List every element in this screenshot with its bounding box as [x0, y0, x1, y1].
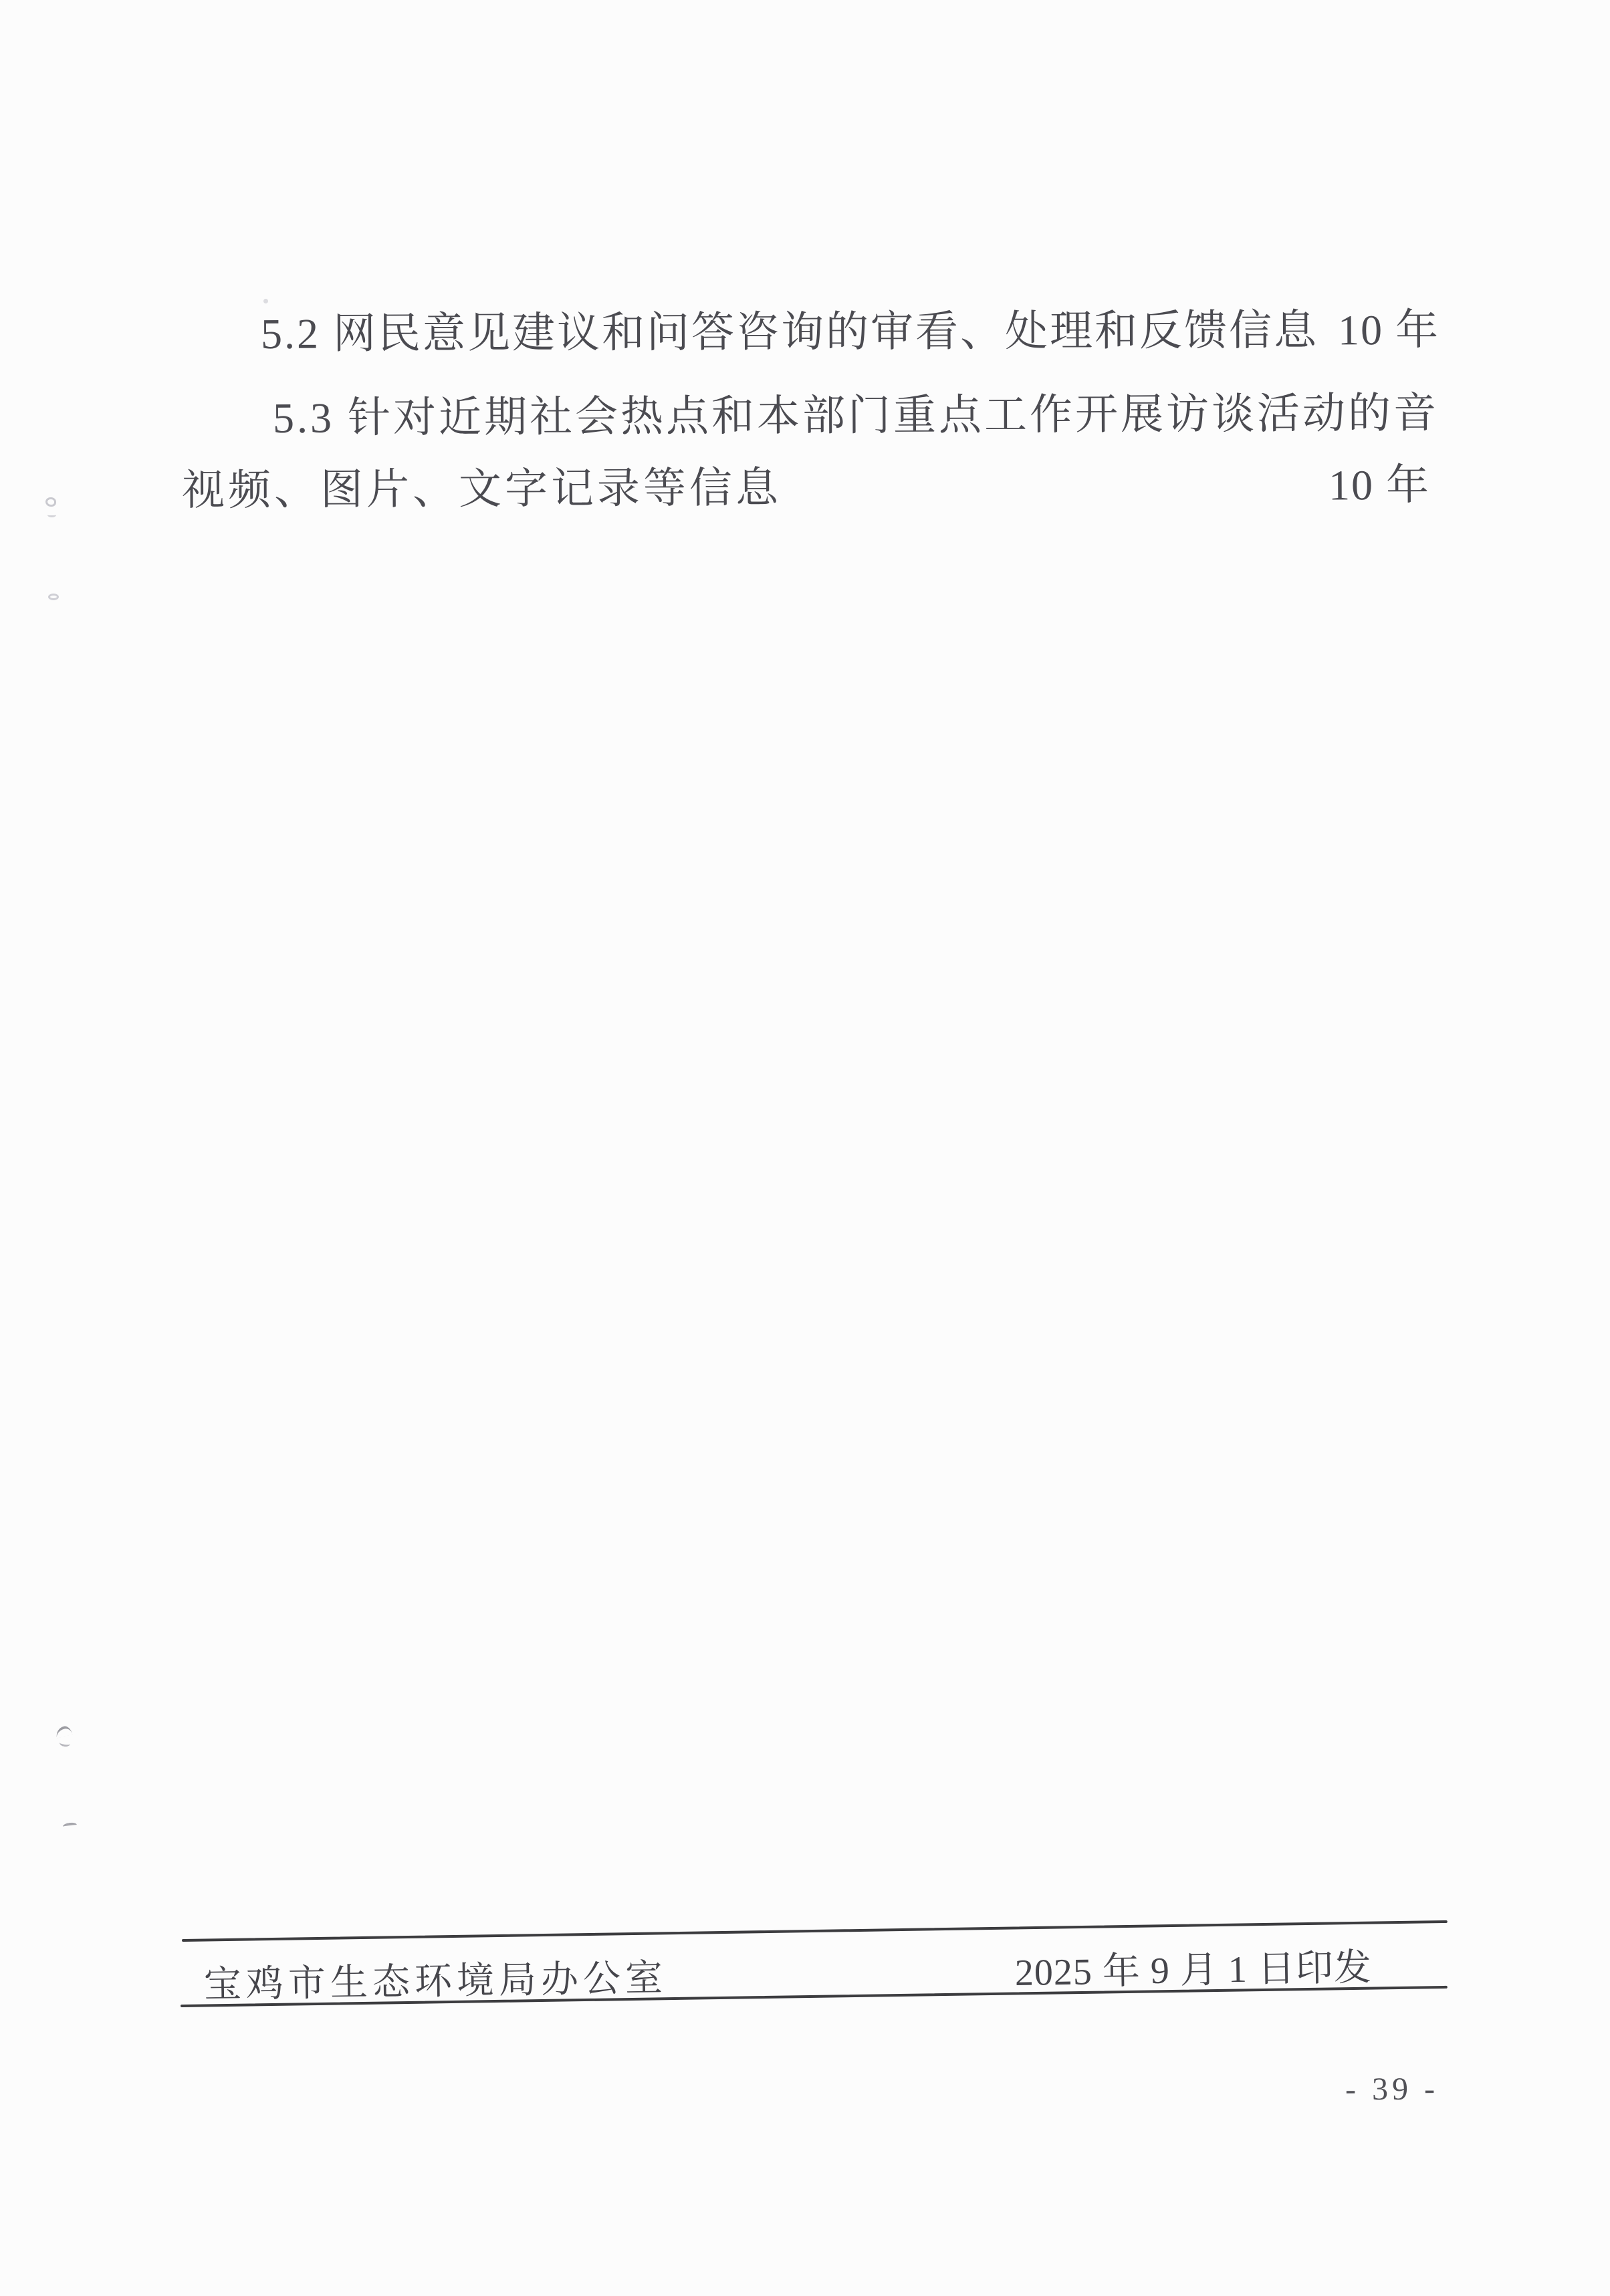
retention-entry-5-2: 5.2 网民意见建议和问答咨询的审看、处理和反馈信息 10 年 [261, 307, 1440, 356]
retention-entry-5-3-text-continued: 视频、图片、文字记录等信息 [182, 465, 782, 513]
scan-artifact-1-tail [47, 513, 56, 517]
scan-artifact-4 [63, 1822, 78, 1829]
scan-artifact-3 [55, 1725, 73, 1738]
scanned-document-page: { "page": { "background": "#fcfcfc", "bo… [0, 0, 1610, 2296]
page-number: - 39 - [1345, 2071, 1439, 2108]
footer-top-rule [182, 1920, 1448, 1942]
retention-entry-5-3-line2: 视频、图片、文字记录等信息 10 年 [182, 463, 1430, 513]
scan-speck [263, 299, 268, 303]
retention-entry-5-3-line1: 5.3 针对近期社会热点和本部门重点工作开展访谈活动的音 [273, 390, 1439, 440]
footer-print-date: 2025 年 9 月 1 日印发 [1014, 1948, 1372, 1993]
retention-entry-5-2-text: 5.2 网民意见建议和问答咨询的审看、处理和反馈信息 [261, 307, 1318, 356]
scan-artifact-1 [45, 497, 56, 507]
retention-entry-5-3-period: 10 年 [1329, 463, 1430, 508]
scan-artifact-3-tail [59, 1739, 70, 1747]
retention-entry-5-2-period: 10 年 [1338, 307, 1440, 353]
scan-artifact-2 [48, 594, 59, 600]
